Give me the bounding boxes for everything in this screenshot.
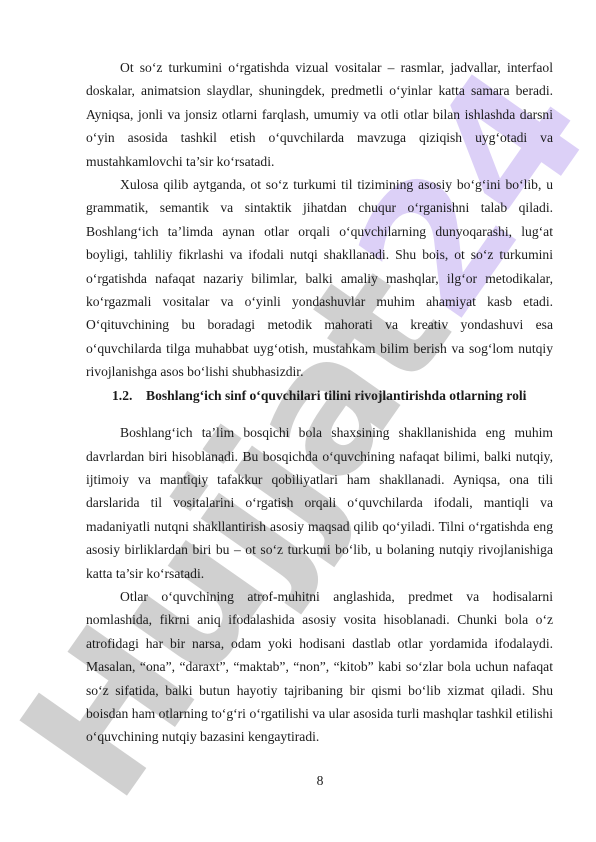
paragraph-conclusion: Xulosa qilib aytganda, ot so‘z turkumi t… <box>86 173 553 384</box>
paragraph-visual-aids: Ot so‘z turkumini o‘rgatishda vizual vos… <box>86 56 553 173</box>
page-number: 8 <box>0 773 596 789</box>
paragraph-primary-education: Boshlang‘ich ta’lim bosqichi bola shaxsi… <box>86 421 553 585</box>
section-title: Boshlang‘ich sinf o‘quvchilari tilini ri… <box>146 388 526 403</box>
document-page: Hujjat24 Ot so‘z turkumini o‘rgatishda v… <box>0 0 596 842</box>
paragraph-nouns-role: Otlar o‘quvchining atrof-muhitni anglash… <box>86 585 553 749</box>
section-number: 1.2. <box>112 384 146 407</box>
section-heading: 1.2.Boshlang‘ich sinf o‘quvchilari tilin… <box>86 384 553 407</box>
page-body: Ot so‘z turkumini o‘rgatishda vizual vos… <box>86 56 553 749</box>
